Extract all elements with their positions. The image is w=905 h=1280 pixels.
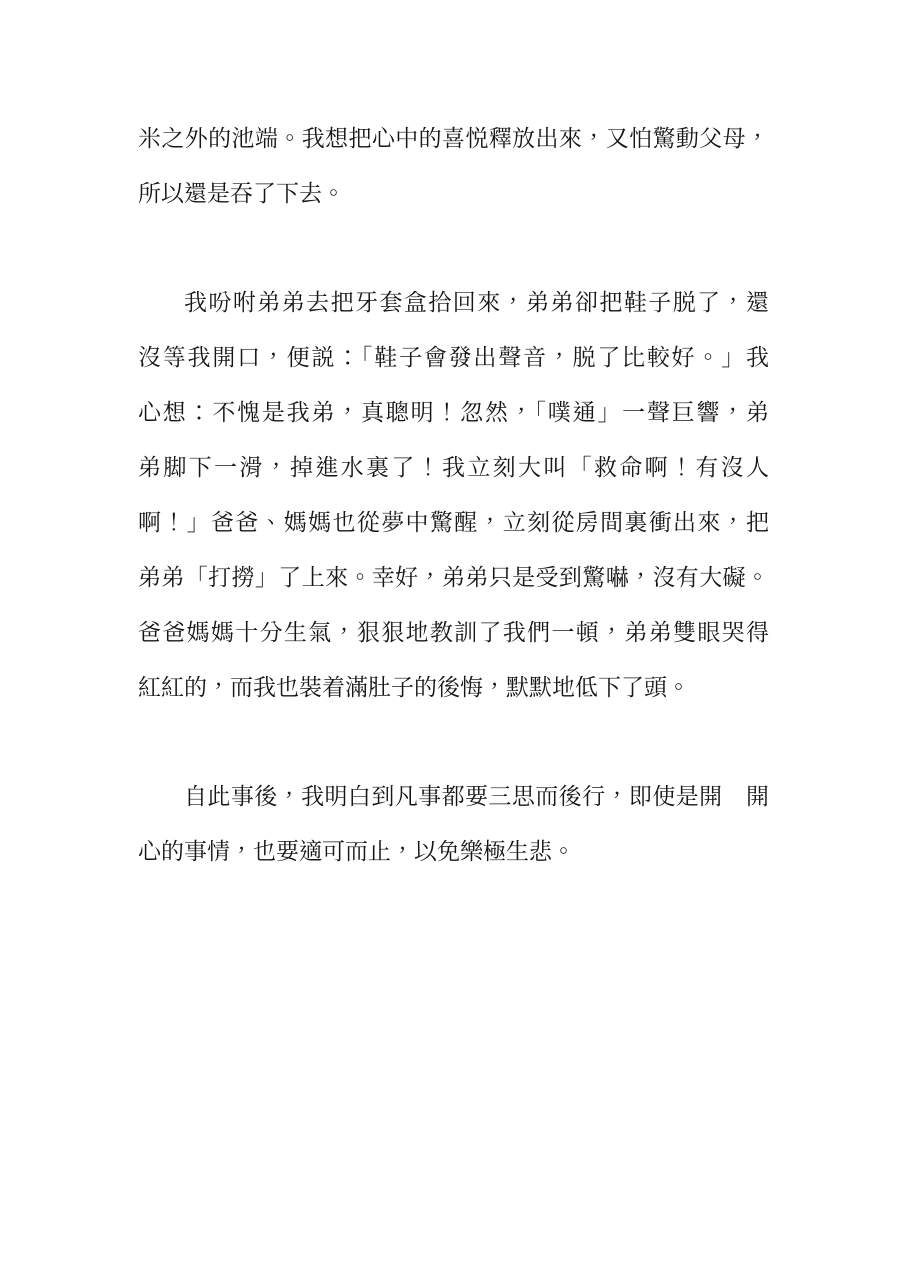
essay-line: 心的事情，也要適可而止，以免樂極生悲。 <box>138 824 769 879</box>
paragraph: 我吩咐弟弟去把牙套盒拾回來，弟弟卻把鞋子脱了，還 沒等我開口，便説：「鞋子會發出… <box>138 275 769 715</box>
essay-line: 心想：不愧是我弟，真聰明！忽然，「噗通」一聲巨響，弟 <box>138 385 769 440</box>
essay-line: 自此事後，我明白到凡事都要三思而後行，即使是開 開 <box>138 769 769 824</box>
essay-line: 紅紅的，而我也裝着滿肚子的後悔，默默地低下了頭。 <box>138 660 769 715</box>
essay-text-block: 米之外的池端。我想把心中的喜悦釋放出來，又怕驚動父母， 所以還是吞了下去。 我吩… <box>138 111 769 879</box>
paragraph: 自此事後，我明白到凡事都要三思而後行，即使是開 開 心的事情，也要適可而止，以免… <box>138 769 769 879</box>
essay-line: 沒等我開口，便説：「鞋子會發出聲音，脱了比較好。」我 <box>138 330 769 385</box>
document-page: 米之外的池端。我想把心中的喜悦釋放出來，又怕驚動父母， 所以還是吞了下去。 我吩… <box>0 0 905 1280</box>
essay-line: 啊！」爸爸、媽媽也從夢中驚醒，立刻從房間裏衝出來，把 <box>138 495 769 550</box>
essay-line: 所以還是吞了下去。 <box>138 166 769 221</box>
essay-line: 弟脚下一滑，掉進水裏了！我立刻大叫「救命啊！有沒人 <box>138 440 769 495</box>
essay-line: 爸爸媽媽十分生氣，狠狠地教訓了我們一頓，弟弟雙眼哭得 <box>138 605 769 660</box>
essay-line: 我吩咐弟弟去把牙套盒拾回來，弟弟卻把鞋子脱了，還 <box>138 275 769 330</box>
essay-line: 弟弟「打撈」了上來。幸好，弟弟只是受到驚嚇，沒有大礙。 <box>138 550 769 605</box>
paragraph: 米之外的池端。我想把心中的喜悦釋放出來，又怕驚動父母， 所以還是吞了下去。 <box>138 111 769 221</box>
essay-line: 米之外的池端。我想把心中的喜悦釋放出來，又怕驚動父母， <box>138 111 769 166</box>
